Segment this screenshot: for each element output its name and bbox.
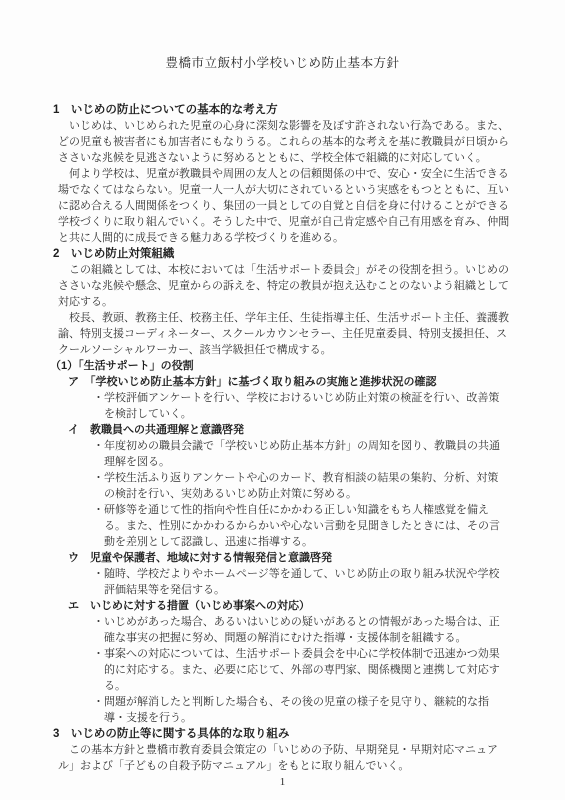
section-1-paragraph-2: 何より学校は、児童が教職員や周囲の友人との信頼関係の中で、安心・安全に生活できる… — [58, 166, 511, 246]
item-a-heading: ア 「学校いじめ防止基本方針」に基づく取り組みの実施と進捗状況の確認 — [68, 374, 565, 390]
page-number: 1 — [0, 774, 565, 790]
item-e-bullet-3: ・問題が解消したと判断した場合も、その後の児童の様子を見守り、継続的な指導・支援… — [93, 694, 502, 726]
item-e-bullet-1: ・いじめがあった場合、あるいはいじめの疑いがあるとの情報があった場合は、正確な事… — [93, 614, 502, 646]
document-title: 豊橋市立飯村小学校いじめ防止基本方針 — [0, 0, 565, 72]
item-u-bullet-1: ・随時、学校だよりやホームページ等を通して、いじめ防止の取り組み状況や学校評価結… — [93, 566, 502, 598]
section-2-paragraph-2: 校長、教頭、教務主任、校務主任、学年主任、生徒指導主任、生活サポート主任、養護教… — [58, 310, 511, 358]
item-i-bullet-2: ・学校生活ふり返りアンケートや心のカード、教育相談の結果の集約、分析、対策の検討… — [93, 470, 502, 502]
section-2-heading: 2 いじめ防止対策組織 — [53, 246, 565, 262]
section-1-paragraph-1: いじめは、いじめられた児童の心身に深刻な影響を及ぼす許されない行為である。また、… — [58, 118, 511, 166]
subsection-1-heading: （1）「生活サポート」の役割 — [50, 358, 565, 374]
item-e-bullet-2: ・事案への対応については、生活サポート委員会を中心に学校体制で迅速かつ効果的に対… — [93, 646, 502, 694]
item-e-heading: エ いじめに対する措置（いじめ事案への対応） — [68, 598, 565, 614]
item-i-heading: イ 教職員への共通理解と意識啓発 — [68, 422, 565, 438]
document-page: 豊橋市立飯村小学校いじめ防止基本方針 1 いじめの防止についての基本的な考え方 … — [0, 0, 565, 800]
section-3-heading: 3 いじめの防止等に関する具体的な取り組み — [53, 726, 565, 742]
item-i-bullet-1: ・年度初めの職員会議で「学校いじめ防止基本方針」の周知を図り、教職員の共通理解を… — [93, 438, 502, 470]
section-1-heading: 1 いじめの防止についての基本的な考え方 — [53, 102, 565, 118]
section-2-paragraph-1: この組織としては、本校においては「生活サポート委員会」がその役割を担う。いじめの… — [58, 262, 511, 310]
section-3-paragraph-1: この基本方針と豊橋市教育委員会策定の「いじめの予防、早期発見・早期対応マニュアル… — [58, 742, 511, 774]
item-i-bullet-3: ・研修等を通じて性的指向や性自任にかかわる正しい知識をもち人権感覚を備える。また… — [93, 502, 502, 550]
item-u-heading: ウ 児童や保護者、地域に対する情報発信と意識啓発 — [68, 550, 565, 566]
item-a-bullet-1: ・学校評価アンケートを行い、学校におけるいじめ防止対策の検証を行い、改善策を検討… — [93, 390, 502, 422]
